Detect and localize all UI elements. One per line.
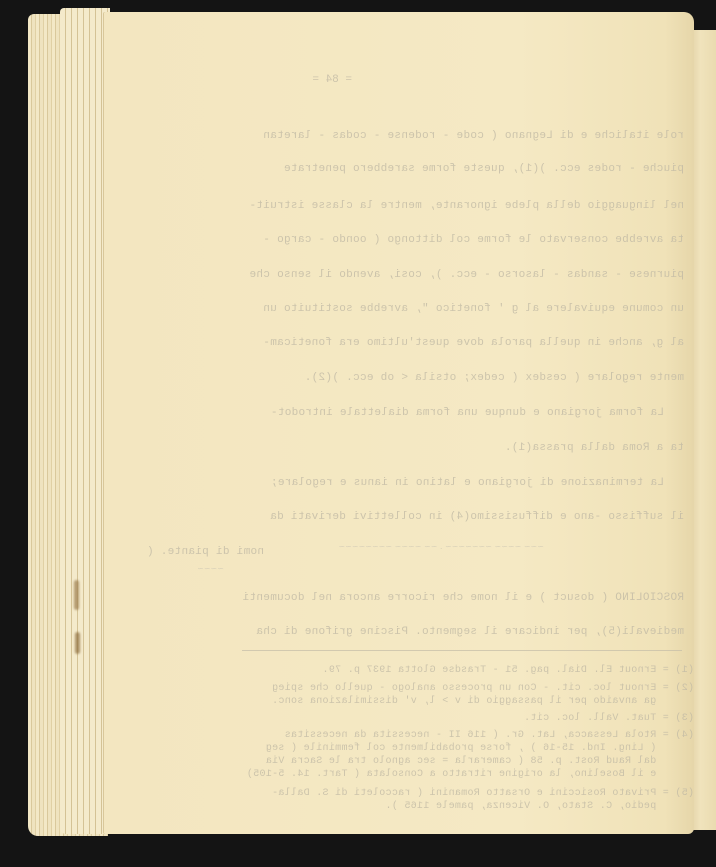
footnote-line: dal Raud Rost. p. 58 ( camerarla = sec a… bbox=[266, 756, 694, 767]
footnote-line: ga anvaido per il passaggio di v > l, v'… bbox=[272, 696, 694, 707]
body-line: ta a Roma dalla prassa(1). bbox=[505, 442, 684, 454]
body-line: La forma jorgiano e dunque una forma dia… bbox=[271, 407, 664, 419]
footnote-line: (4) = Rtola Lessacca, Lat. Gr. ( 116 II … bbox=[284, 730, 694, 741]
stacked-page-edges-inner bbox=[60, 8, 110, 834]
body-line: ta avrebbe conservato le forme col ditto… bbox=[263, 234, 684, 246]
body-line: piuche - rodes ecc. )(1), queste forme s… bbox=[284, 163, 684, 175]
body-line: un comune equivalere al g ' fonetico ", … bbox=[263, 303, 684, 315]
footnote-line: pedio, C. Stato, O. Vicenza, pamele 1165… bbox=[385, 801, 694, 812]
body-line: medievali(5), per indicare il segmento. … bbox=[256, 626, 684, 638]
footnote-line: ( Ling. Ind. 15-16 ) , forse probabilmen… bbox=[266, 743, 694, 754]
body-line: al g, anche in quella parola dove quest'… bbox=[263, 337, 684, 349]
body-line: La terminazione di jorgiano e latino in … bbox=[271, 477, 664, 489]
page-number: = 84 = bbox=[312, 74, 352, 86]
scanned-book-spread: = 84 = role italiche e di Legnano ( code… bbox=[0, 0, 716, 867]
body-line: il suffisso -ano e diffusissimo(4) in co… bbox=[270, 511, 684, 523]
footnote-line: (2) = Ernout loc. cit. - Con un processo… bbox=[272, 683, 694, 694]
body-line: mente regolare ( cesdex ( cedex; otsila … bbox=[304, 372, 684, 384]
bleed-through-text: = 84 = role italiche e di Legnano ( code… bbox=[104, 12, 694, 834]
footnote-rule bbox=[242, 650, 682, 651]
foxing-stain bbox=[75, 632, 80, 654]
body-line: nomi di piante. ( bbox=[140, 546, 264, 558]
body-line: role italiche e di Legnano ( code - rode… bbox=[263, 130, 684, 142]
document-page: = 84 = role italiche e di Legnano ( code… bbox=[104, 12, 694, 834]
footnote-line: (3) = Tuat. Vall. loc. cit. bbox=[524, 713, 694, 724]
body-line: piurnese - sandas - lasorso - ecc. ), co… bbox=[249, 269, 684, 281]
body-line: nel linguaggio della plebe ignorante, me… bbox=[249, 200, 684, 212]
body-line: ROSCIOLINO ( dosuct ) e il nome che rico… bbox=[242, 592, 684, 604]
foxing-stain bbox=[74, 580, 79, 610]
footnote-line: e il Boselino, la origine ritratto a Con… bbox=[247, 769, 694, 780]
handwritten-annotation: ~~~ ~~~~ ~~~~~~~ . ~~ ~~~~ ~~~~~~~~ bbox=[339, 542, 545, 551]
footnote-line: (1) = Ernout El. Dial. pag. 51 - Trasdse… bbox=[322, 665, 694, 676]
handwritten-annotation: ~~~~ bbox=[197, 564, 224, 573]
footnote-line: (5) = Privato Rosiccini e Orsatto Romani… bbox=[272, 788, 694, 799]
